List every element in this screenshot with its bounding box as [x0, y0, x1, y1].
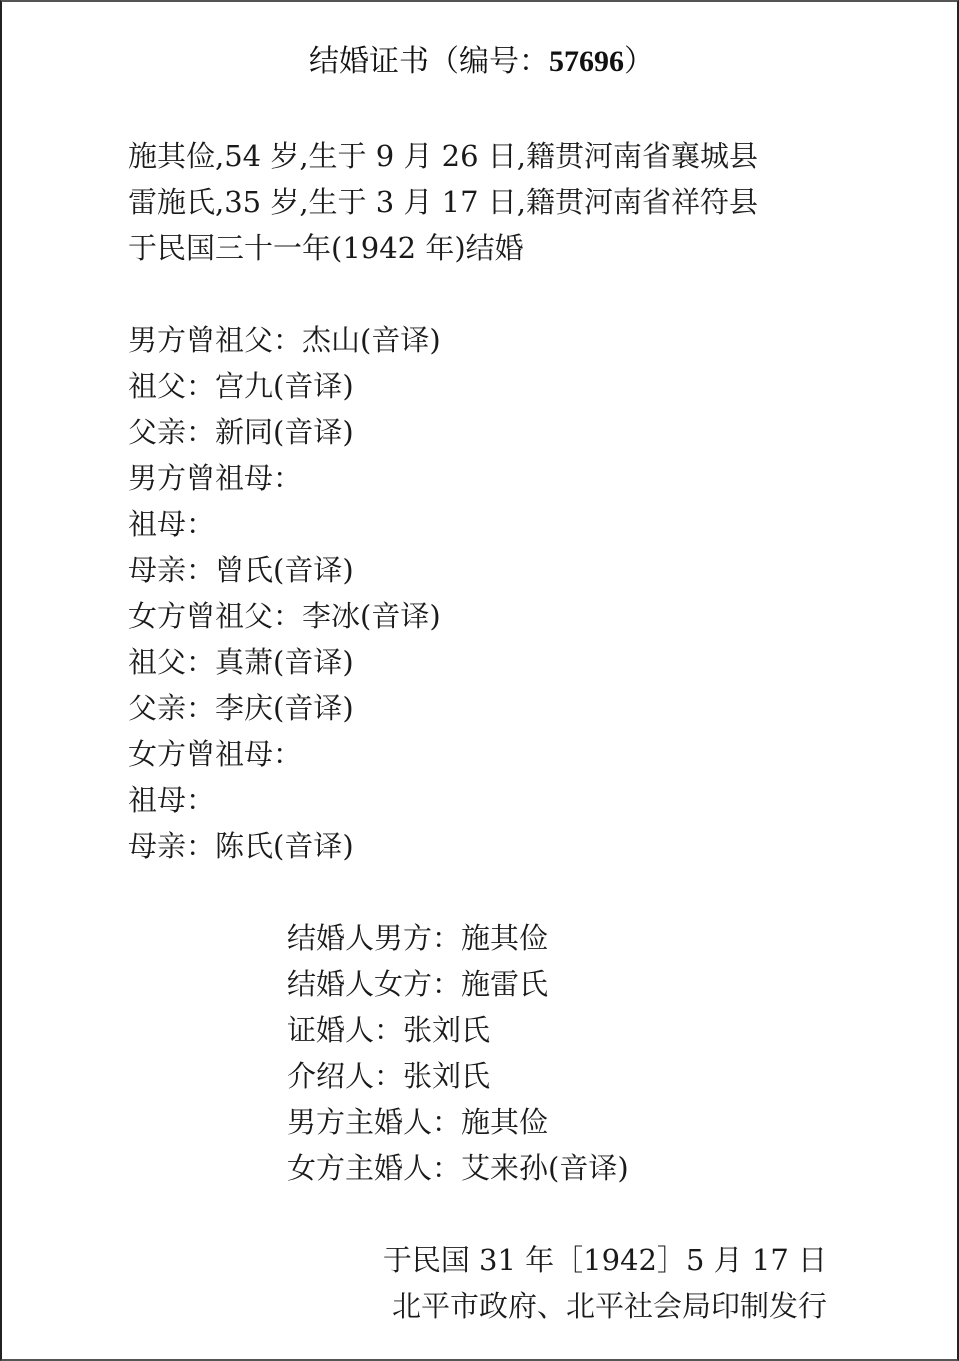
ancestor-line: 女方曾祖母：	[128, 734, 302, 774]
party-line: 男方主婚人：施其俭	[287, 1102, 548, 1142]
ancestor-line: 祖母：	[128, 504, 215, 544]
party-line: 结婚人女方：施雷氏	[287, 964, 548, 1004]
ancestor-line: 祖父：宫九(音译)	[128, 366, 354, 406]
intro-line-bride: 雷施氏,35 岁,生于 3 月 17 日,籍贯河南省祥符县	[128, 182, 758, 222]
title-prefix: 结婚证书（编号：	[309, 44, 549, 79]
party-line: 介绍人：张刘氏	[287, 1056, 490, 1096]
ancestor-line: 父亲：李庆(音译)	[128, 688, 354, 728]
ancestor-line: 男方曾祖母：	[128, 458, 302, 498]
ancestor-line: 母亲：陈氏(音译)	[128, 826, 354, 866]
intro-line-groom: 施其俭,54 岁,生于 9 月 26 日,籍贯河南省襄城县	[128, 136, 758, 176]
issuer-line: 北平市政府、北平社会局印制发行	[392, 1286, 827, 1326]
issue-date: 于民国 31 年［1942］5 月 17 日	[383, 1240, 827, 1280]
certificate-page: 结婚证书（编号：57696） 施其俭,54 岁,生于 9 月 26 日,籍贯河南…	[0, 0, 959, 1361]
party-line: 证婚人：张刘氏	[287, 1010, 490, 1050]
intro-line-marriage-year: 于民国三十一年(1942 年)结婚	[128, 228, 524, 268]
certificate-number: 57696	[549, 45, 624, 78]
ancestor-line: 男方曾祖父：杰山(音译)	[128, 320, 441, 360]
ancestor-line: 祖父：真萧(音译)	[128, 642, 354, 682]
party-line: 结婚人男方：施其俭	[287, 918, 548, 958]
ancestor-line: 母亲：曾氏(音译)	[128, 550, 354, 590]
party-line: 女方主婚人：艾来孙(音译)	[287, 1148, 629, 1188]
ancestor-line: 祖母：	[128, 780, 215, 820]
title-suffix: ）	[624, 44, 654, 79]
ancestor-line: 父亲：新同(音译)	[128, 412, 354, 452]
certificate-title: 结婚证书（编号：57696）	[2, 40, 959, 84]
ancestor-line: 女方曾祖父：李冰(音译)	[128, 596, 441, 636]
